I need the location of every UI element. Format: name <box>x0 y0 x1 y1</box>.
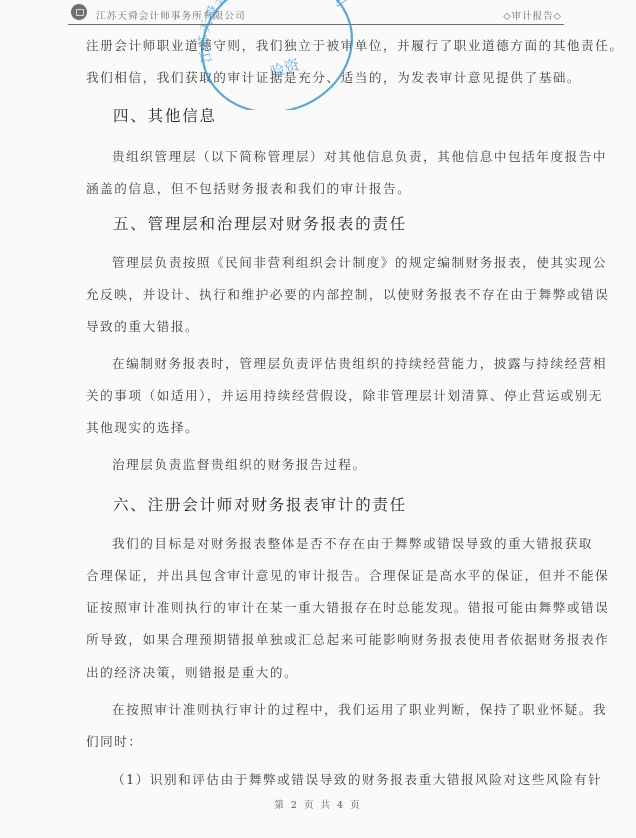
paragraph-line: 其他现实的选择。 <box>86 420 566 436</box>
paragraph-line: 治理层负责监督贵组织的财务报告过程。 <box>112 457 592 473</box>
paragraph-line: 证按照审计准则执行的审计在某一重大错报存在时总能发现。错报可能由舞弊或错误 <box>86 600 566 616</box>
section-heading-auditor-responsibility: 六、注册会计师对财务报表审计的责任 <box>113 495 407 515</box>
paragraph-line: 允反映，并设计、执行和维护必要的内部控制，以使财务报表不存在由于舞弊或错误 <box>86 287 566 303</box>
paragraph-line: 们同时： <box>86 734 566 750</box>
paragraph-line: 在编制财务报表时，管理层负责评估贵组织的持续经营能力，披露与持续经营相 <box>112 356 592 372</box>
paragraph-line: 我们相信，我们获取的审计证据是充分、适当的，为发表审计意见提供了基础。 <box>86 70 566 86</box>
page-number: 第 2 页 共 4 页 <box>0 797 636 811</box>
paragraph-line: 关的事项（如适用），并运用持续经营假设，除非管理层计划清算、停止营运或别无 <box>86 388 566 404</box>
paragraph-line: 导致的重大错报。 <box>86 319 566 335</box>
paragraph-line: 我们的目标是对财务报表整体是否不存在由于舞弊或错误导致的重大错报获取 <box>112 536 592 552</box>
page-header: 江苏天舜会计师事务所有限公司 ◇审计报告◇ <box>68 4 564 25</box>
paragraph-line: 所导致，如果合理预期错报单独或汇总起来可能影响财务报表使用者依据财务报表作 <box>86 632 566 648</box>
document-page: 江苏天舜会计师事务所有限公司 ◇审计报告◇ 注册会计师职业道德守则，我们独立于被… <box>0 0 636 838</box>
firm-name: 江苏天舜会计师事务所有限公司 <box>96 8 246 22</box>
paragraph-line: （1）识别和评估由于舞弊或错误导致的财务报表重大错报风险对这些风险有针 <box>112 772 592 788</box>
paragraph-line: 贵组织管理层（以下简称管理层）对其他信息负责，其他信息中包括年度报告中 <box>112 149 592 165</box>
section-heading-other-info: 四、其他信息 <box>113 106 217 126</box>
section-heading-management-responsibility: 五、管理层和治理层对财务报表的责任 <box>113 214 407 234</box>
paragraph-line: 涵盖的信息，但不包括财务报表和我们的审计报告。 <box>86 181 566 197</box>
paragraph-line: 注册会计师职业道德守则，我们独立于被审单位，并履行了职业道德方面的其他责任。 <box>86 38 566 54</box>
paragraph-line: 在按照审计准则执行审计的过程中，我们运用了职业判断，保持了职业怀疑。我 <box>112 702 592 718</box>
paragraph-line: 出的经济决策，则错报是重大的。 <box>86 665 566 681</box>
document-type-label: ◇审计报告◇ <box>503 8 562 22</box>
firm-logo-icon <box>71 4 87 20</box>
paragraph-line: 合理保证，并出具包含审计意见的审计报告。合理保证是高水平的保证，但并不能保 <box>86 568 566 584</box>
paragraph-line: 管理层负责按照《民间非营利组织会计制度》的规定编制财务报表，使其实现公 <box>112 255 592 271</box>
